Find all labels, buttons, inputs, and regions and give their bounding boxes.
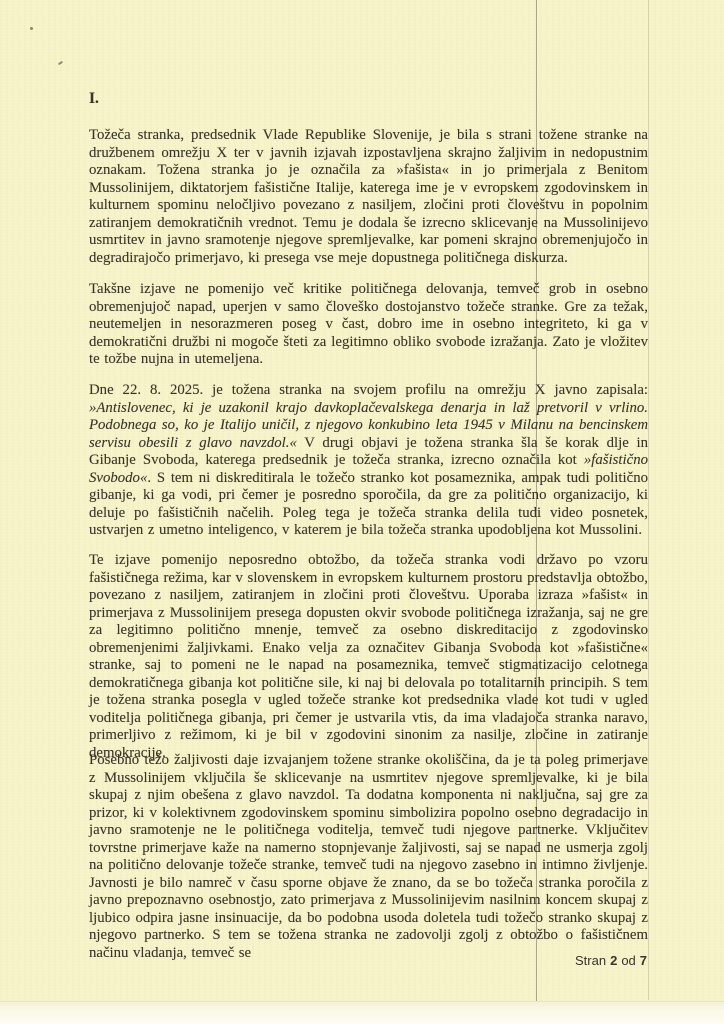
- paragraph-text: . S tem ni diskreditirala le tožečo stra…: [89, 470, 648, 539]
- paragraph: Dne 22. 8. 2025. je tožena stranka na sv…: [89, 382, 648, 540]
- footer-of-label: od: [621, 953, 635, 968]
- paragraph: Takšne izjave ne pomenijo več kritike po…: [89, 281, 648, 369]
- footer-page-number: 2: [610, 953, 617, 968]
- paragraph-text: Takšne izjave ne pomenijo več kritike po…: [89, 281, 648, 367]
- page-footer: Stran 2 od 7: [575, 953, 647, 968]
- scanned-page: I. Tožeča stranka, predsednik Vlade Repu…: [0, 0, 724, 1024]
- document-body: Tožeča stranka, predsednik Vlade Republi…: [0, 0, 724, 1024]
- footer-total-pages: 7: [640, 953, 647, 968]
- page-bottom-edge: [0, 1001, 724, 1024]
- paragraph-text: Tožeča stranka, predsednik Vlade Republi…: [89, 127, 648, 266]
- footer-page-label: Stran: [575, 953, 606, 968]
- paragraph: Posebno težo žaljivosti daje izvajanjem …: [89, 752, 648, 962]
- paragraph: Te izjave pomenijo neposredno obtožbo, d…: [89, 552, 648, 762]
- paragraph-text: Te izjave pomenijo neposredno obtožbo, d…: [89, 552, 648, 761]
- paragraph: Tožeča stranka, predsednik Vlade Republi…: [89, 127, 648, 267]
- paragraph-text: Posebno težo žaljivosti daje izvajanjem …: [89, 752, 648, 961]
- paragraph-text: Dne 22. 8. 2025. je tožena stranka na sv…: [89, 382, 648, 398]
